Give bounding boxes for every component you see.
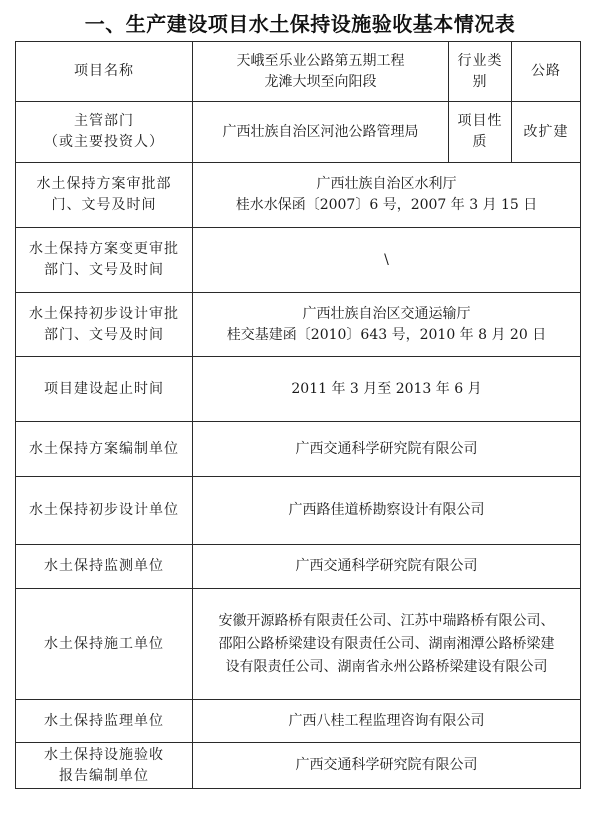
value-text: 桂水水保函〔2007〕6 号，2007 年 3 月 15 日 [197, 195, 576, 216]
value-text: 设有限责任公司、湖南省永州公路桥梁建设有限公司 [197, 656, 576, 679]
value-cell: 广西交通科学研究院有限公司 [193, 545, 581, 589]
industry-label-cell: 行业类 别 [449, 42, 512, 102]
value-cell: 广西壮族自治区水利厅 桂水水保函〔2007〕6 号，2007 年 3 月 15 … [193, 163, 581, 228]
table-row-authority: 主管部门 （或主要投资人） 广西壮族自治区河池公路管理局 项目性 质 改扩建 [16, 102, 581, 163]
label-text: 别 [453, 72, 507, 93]
nature-value-cell: 改扩建 [512, 102, 581, 163]
label-cell: 水土保持监测单位 [16, 545, 193, 589]
label-text: 质 [453, 132, 507, 153]
value-text: 广西壮族自治区水利厅 [197, 174, 576, 195]
label-cell: 主管部门 （或主要投资人） [16, 102, 193, 163]
label-text: 水土保持监测单位 [20, 556, 188, 577]
label-cell: 水土保持施工单位 [16, 589, 193, 700]
label-cell: 水土保持方案变更审批 部门、文号及时间 [16, 228, 193, 293]
label-text: 水土保持施工单位 [20, 634, 188, 655]
label-cell: 水土保持初步设计审批 部门、文号及时间 [16, 293, 193, 357]
basic-info-table: 项目名称 天峨至乐业公路第五期工程 龙滩大坝至向阳段 行业类 别 公路 主管部门… [15, 41, 581, 789]
table-row-plan-change-approval: 水土保持方案变更审批 部门、文号及时间 \ [16, 228, 581, 293]
label-cell: 水土保持方案编制单位 [16, 422, 193, 477]
nature-label-cell: 项目性 质 [449, 102, 512, 163]
value-text: 广西壮族自治区交通运输厅 [197, 304, 576, 325]
label-cell: 水土保持方案审批部 门、文号及时间 [16, 163, 193, 228]
value-text: 天峨至乐业公路第五期工程 [197, 51, 444, 72]
label-text: 水土保持初步设计单位 [20, 500, 188, 521]
value-cell: 广西路佳道桥勘察设计有限公司 [193, 477, 581, 545]
table-row-plan-compiler: 水土保持方案编制单位 广西交通科学研究院有限公司 [16, 422, 581, 477]
value-cell: 广西壮族自治区河池公路管理局 [193, 102, 449, 163]
label-text: 部门、文号及时间 [20, 325, 188, 346]
label-cell: 项目名称 [16, 42, 193, 102]
label-text: （或主要投资人） [20, 132, 188, 153]
label-text: 水土保持初步设计审批 [20, 304, 188, 325]
label-cell: 项目建设起止时间 [16, 357, 193, 422]
value-text: 广西交通科学研究院有限公司 [197, 556, 576, 577]
value-cell: 广西交通科学研究院有限公司 [193, 743, 581, 789]
value-cell: 广西壮族自治区交通运输厅 桂交基建函〔2010〕643 号，2010 年 8 月… [193, 293, 581, 357]
label-text: 水土保持方案变更审批 [20, 239, 188, 260]
value-text: 安徽开源路桥有限责任公司、江苏中瑞路桥有限公司、 [197, 610, 576, 633]
value-text: 桂交基建函〔2010〕643 号，2010 年 8 月 20 日 [197, 325, 576, 346]
value-cell: 广西交通科学研究院有限公司 [193, 422, 581, 477]
label-text: 门、文号及时间 [20, 195, 188, 216]
industry-value-cell: 公路 [512, 42, 581, 102]
value-text: 2011 年 3 月至 2013 年 6 月 [197, 379, 576, 400]
value-text: 广西八桂工程监理咨询有限公司 [197, 711, 576, 732]
label-text: 项目名称 [20, 61, 188, 82]
value-cell: 安徽开源路桥有限责任公司、江苏中瑞路桥有限公司、 邵阳公路桥梁建设有限责任公司、… [193, 589, 581, 700]
label-text: 报告编制单位 [20, 766, 188, 787]
label-cell: 水土保持监理单位 [16, 700, 193, 743]
value-text: 广西交通科学研究院有限公司 [197, 439, 576, 460]
table-row-supervision-unit: 水土保持监理单位 广西八桂工程监理咨询有限公司 [16, 700, 581, 743]
label-cell: 水土保持初步设计单位 [16, 477, 193, 545]
label-text: 项目建设起止时间 [20, 379, 188, 400]
table-row-acceptance-report-unit: 水土保持设施验收 报告编制单位 广西交通科学研究院有限公司 [16, 743, 581, 789]
label-text: 水土保持方案审批部 [20, 174, 188, 195]
value-text: 龙滩大坝至向阳段 [197, 72, 444, 93]
label-text: 行业类 [453, 51, 507, 72]
label-text: 项目性 [453, 111, 507, 132]
value-cell: \ [193, 228, 581, 293]
value-text: 广西壮族自治区河池公路管理局 [197, 122, 444, 143]
value-text: 广西路佳道桥勘察设计有限公司 [197, 500, 576, 521]
table-row-design-approval: 水土保持初步设计审批 部门、文号及时间 广西壮族自治区交通运输厅 桂交基建函〔2… [16, 293, 581, 357]
page-title: 一、生产建设项目水土保持设施验收基本情况表 [0, 8, 600, 37]
table-row-plan-approval: 水土保持方案审批部 门、文号及时间 广西壮族自治区水利厅 桂水水保函〔2007〕… [16, 163, 581, 228]
label-text: 水土保持监理单位 [20, 711, 188, 732]
value-text: 邵阳公路桥梁建设有限责任公司、湖南湘潭公路桥梁建 [197, 633, 576, 656]
table-row-design-unit: 水土保持初步设计单位 广西路佳道桥勘察设计有限公司 [16, 477, 581, 545]
value-cell: 广西八桂工程监理咨询有限公司 [193, 700, 581, 743]
table-row-construction-period: 项目建设起止时间 2011 年 3 月至 2013 年 6 月 [16, 357, 581, 422]
label-cell: 水土保持设施验收 报告编制单位 [16, 743, 193, 789]
table-row-construction-unit: 水土保持施工单位 安徽开源路桥有限责任公司、江苏中瑞路桥有限公司、 邵阳公路桥梁… [16, 589, 581, 700]
label-text: 水土保持方案编制单位 [20, 439, 188, 460]
label-text: 主管部门 [20, 111, 188, 132]
value-cell: 2011 年 3 月至 2013 年 6 月 [193, 357, 581, 422]
label-text: 水土保持设施验收 [20, 745, 188, 766]
table-row-monitoring-unit: 水土保持监测单位 广西交通科学研究院有限公司 [16, 545, 581, 589]
label-text: 部门、文号及时间 [20, 260, 188, 281]
table-row-project-name: 项目名称 天峨至乐业公路第五期工程 龙滩大坝至向阳段 行业类 别 公路 [16, 42, 581, 102]
value-text: 广西交通科学研究院有限公司 [197, 755, 576, 776]
value-cell: 天峨至乐业公路第五期工程 龙滩大坝至向阳段 [193, 42, 449, 102]
value-text: \ [197, 250, 576, 271]
